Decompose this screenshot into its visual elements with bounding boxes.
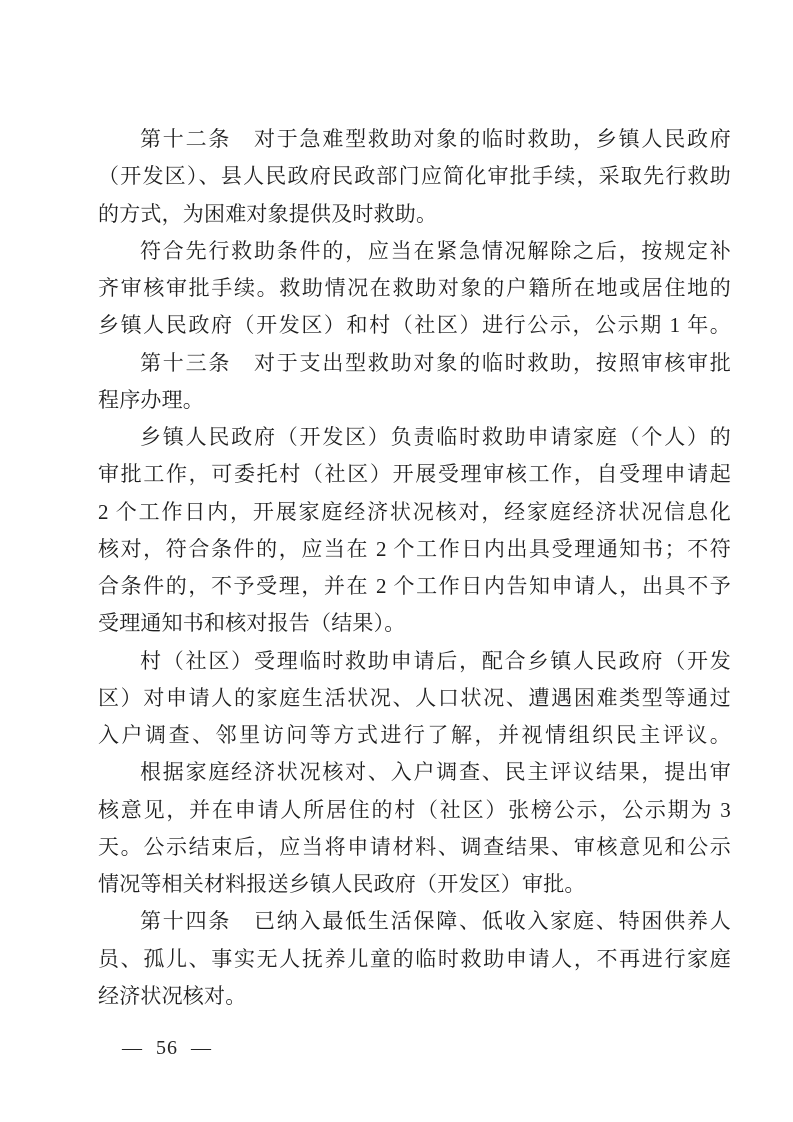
document-line: 受理通知书和核对报告（结果）。 [98, 605, 731, 642]
paragraph-article-14-para-1: 第十四条 已纳入最低生活保障、低收入家庭、特困供养人员、孤儿、事实无人抚养儿童的… [98, 903, 731, 1015]
page-number: — 56 — [122, 1036, 212, 1060]
paragraph-article-12-para-1: 第十二条 对于急难型救助对象的临时救助，乡镇人民政府（开发区）、县人民政府民政部… [98, 121, 731, 233]
document-line: 齐审核审批手续。救助情况在救助对象的户籍所在地或居住地的 [98, 270, 731, 307]
document-line: 入户调查、邻里访问等方式进行了解，并视情组织民主评议。 [98, 717, 731, 754]
document-line: 区）对申请人的家庭生活状况、人口状况、遭遇困难类型等通过 [98, 680, 731, 717]
document-line: 经济状况核对。 [98, 978, 731, 1015]
document-line: 第十二条 对于急难型救助对象的临时救助，乡镇人民政府 [98, 121, 731, 158]
document-line: 乡镇人民政府（开发区）负责临时救助申请家庭（个人）的 [98, 419, 731, 456]
document-page: 第十二条 对于急难型救助对象的临时救助，乡镇人民政府（开发区）、县人民政府民政部… [0, 0, 793, 1122]
document-line: 乡镇人民政府（开发区）和村（社区）进行公示，公示期 1 年。 [98, 307, 731, 344]
document-line: 核意见，并在申请人所居住的村（社区）张榜公示，公示期为 3 [98, 792, 731, 829]
document-line: 第十四条 已纳入最低生活保障、低收入家庭、特困供养人 [98, 903, 731, 940]
document-line: 村（社区）受理临时救助申请后，配合乡镇人民政府（开发 [98, 643, 731, 680]
document-line: 天。公示结束后，应当将申请材料、调查结果、审核意见和公示 [98, 829, 731, 866]
document-line: 审批工作，可委托村（社区）开展受理审核工作，自受理申请起 [98, 456, 731, 493]
document-line: 核对，符合条件的，应当在 2 个工作日内出具受理通知书；不符 [98, 531, 731, 568]
paragraph-article-13-para-4: 根据家庭经济状况核对、入户调查、民主评议结果，提出审核意见，并在申请人所居住的村… [98, 754, 731, 903]
document-line: 合条件的，不予受理，并在 2 个工作日内告知申请人，出具不予 [98, 568, 731, 605]
document-body: 第十二条 对于急难型救助对象的临时救助，乡镇人民政府（开发区）、县人民政府民政部… [98, 121, 731, 1015]
document-line: 员、孤儿、事实无人抚养儿童的临时救助申请人，不再进行家庭 [98, 941, 731, 978]
document-line: 根据家庭经济状况核对、入户调查、民主评议结果，提出审 [98, 754, 731, 791]
document-line: （开发区）、县人民政府民政部门应简化审批手续，采取先行救助 [98, 158, 731, 195]
document-line: 程序办理。 [98, 382, 731, 419]
paragraph-article-12-para-2: 符合先行救助条件的，应当在紧急情况解除之后，按规定补齐审核审批手续。救助情况在救… [98, 233, 731, 345]
paragraph-article-13-para-2: 乡镇人民政府（开发区）负责临时救助申请家庭（个人）的审批工作，可委托村（社区）开… [98, 419, 731, 643]
document-line: 情况等相关材料报送乡镇人民政府（开发区）审批。 [98, 866, 731, 903]
document-line: 第十三条 对于支出型救助对象的临时救助，按照审核审批 [98, 345, 731, 382]
document-line: 2 个工作日内，开展家庭经济状况核对，经家庭经济状况信息化 [98, 494, 731, 531]
paragraph-article-13-para-1: 第十三条 对于支出型救助对象的临时救助，按照审核审批程序办理。 [98, 345, 731, 420]
document-line: 的方式，为困难对象提供及时救助。 [98, 196, 731, 233]
paragraph-article-13-para-3: 村（社区）受理临时救助申请后，配合乡镇人民政府（开发区）对申请人的家庭生活状况、… [98, 643, 731, 755]
document-line: 符合先行救助条件的，应当在紧急情况解除之后，按规定补 [98, 233, 731, 270]
